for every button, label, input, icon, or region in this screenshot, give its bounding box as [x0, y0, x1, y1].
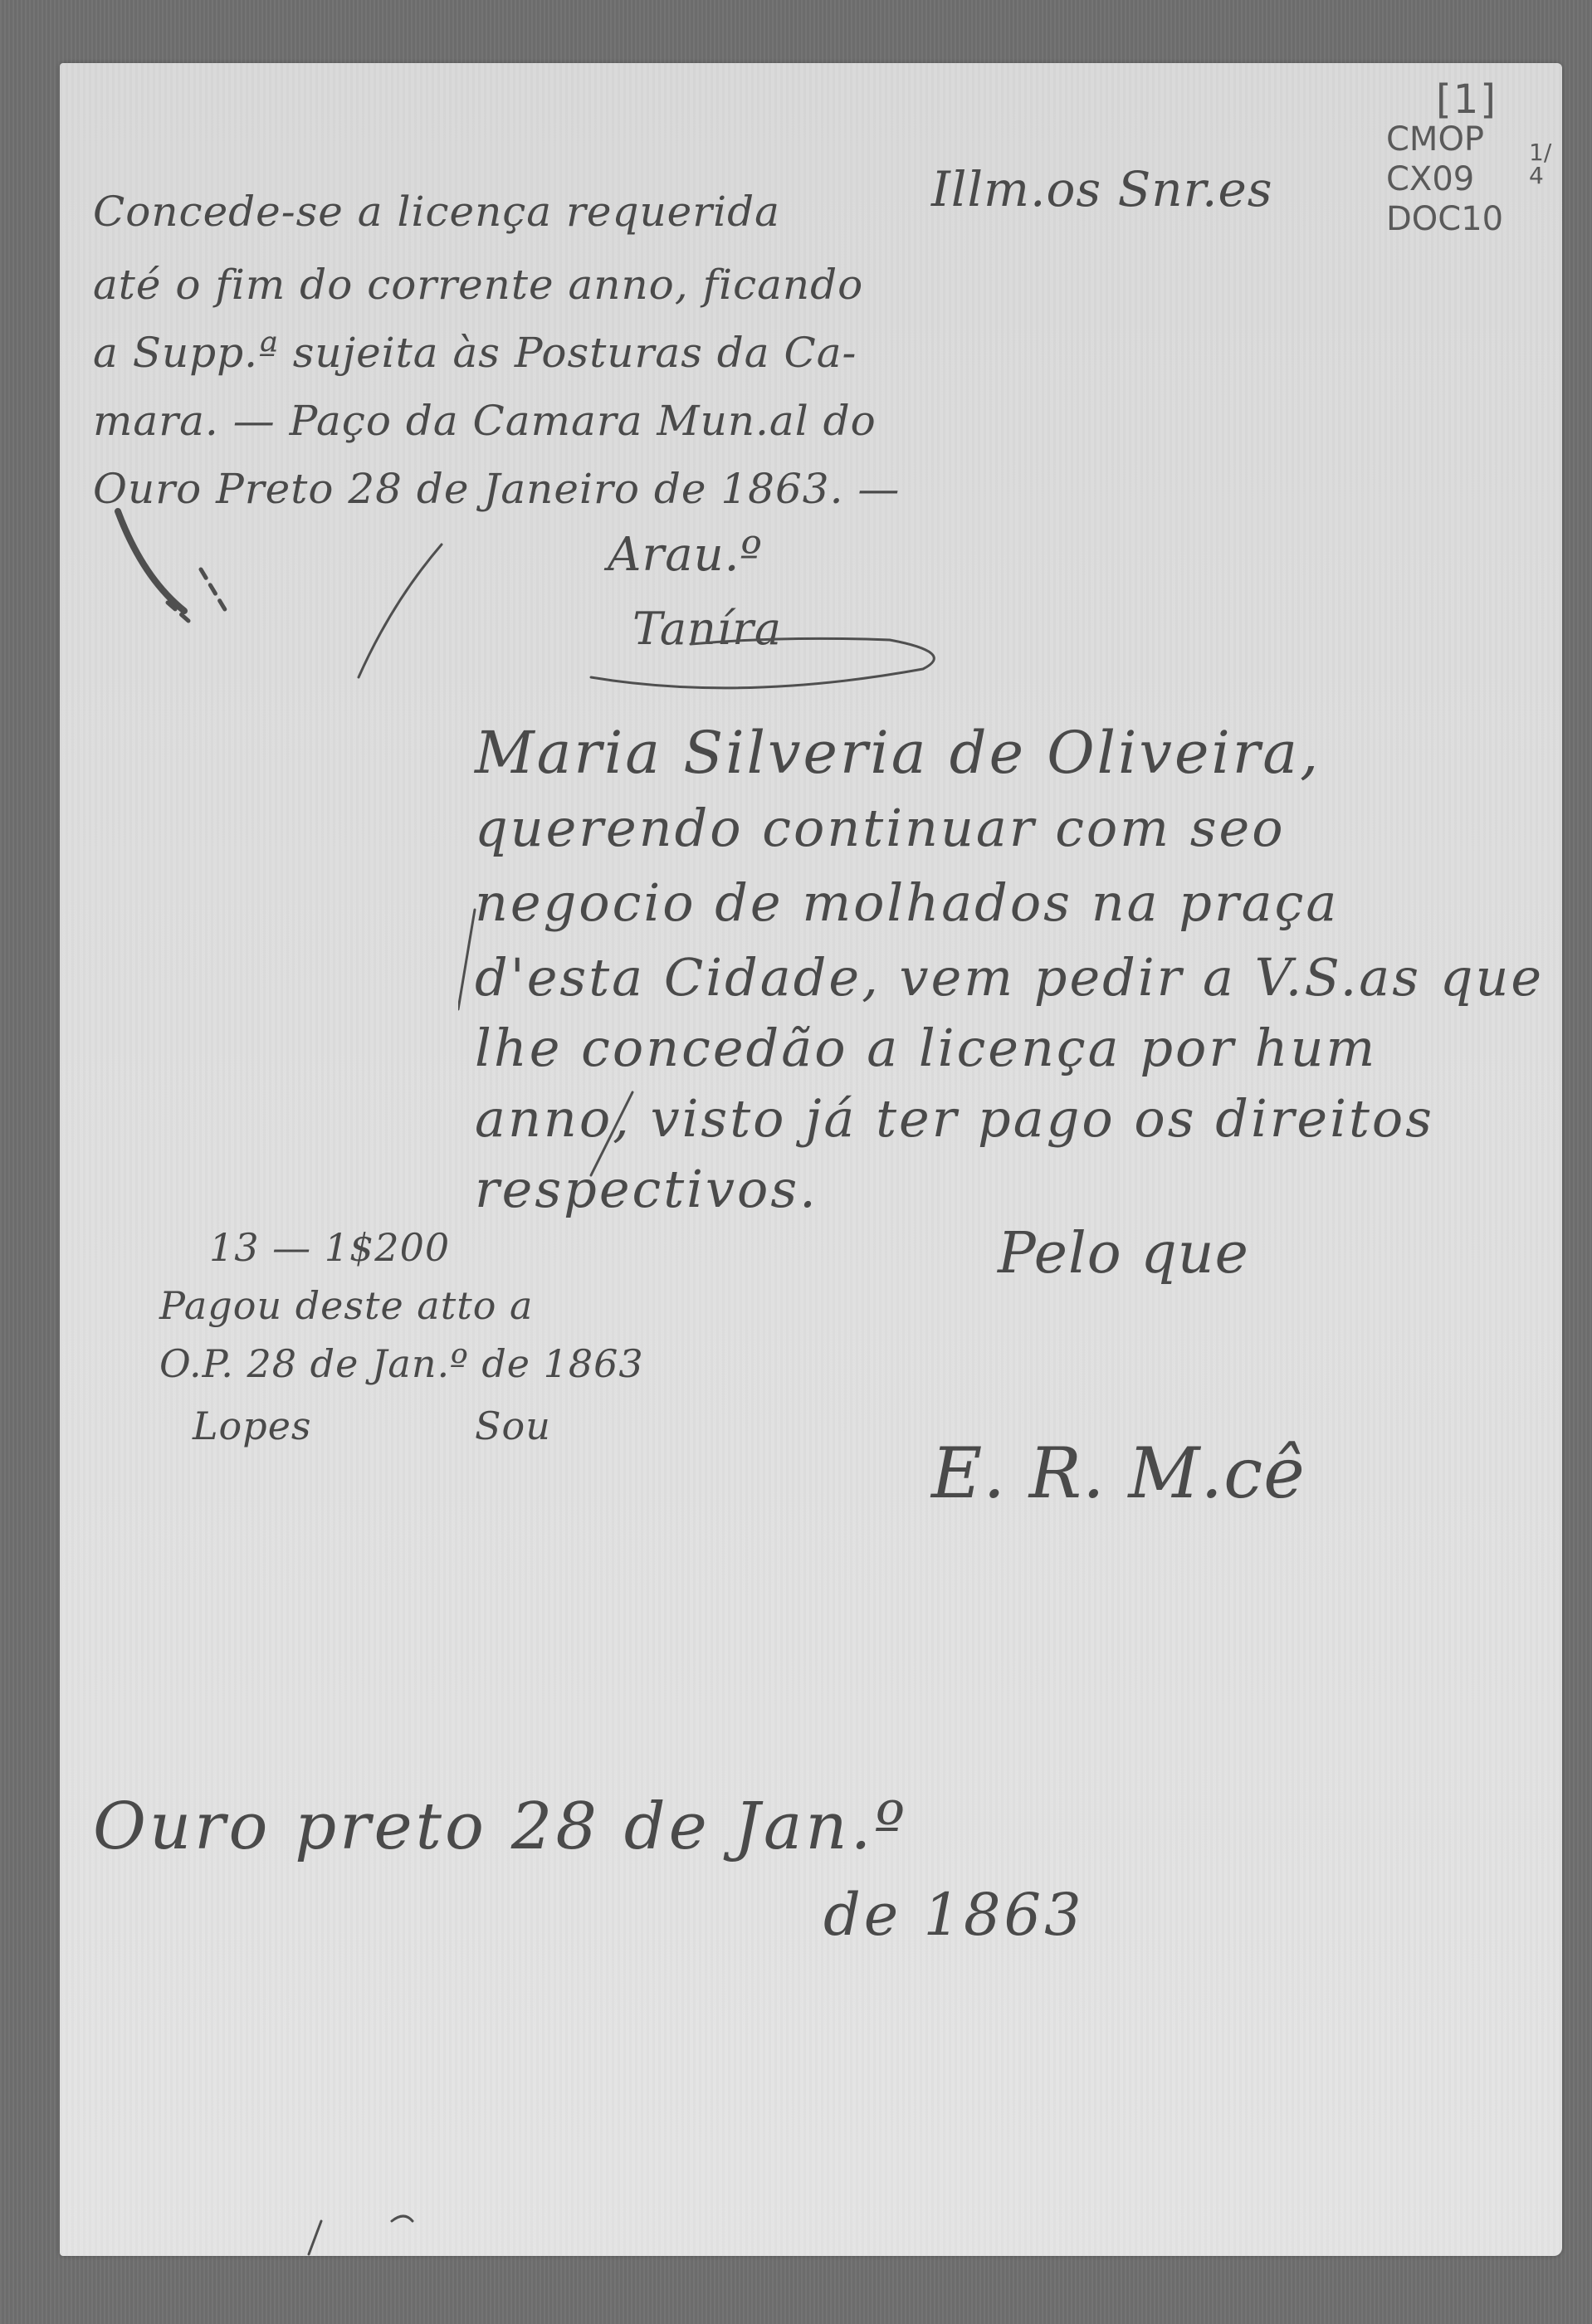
collection-fraction: 1/4 [1529, 141, 1546, 188]
place-date-line-2: de 1863 [823, 1881, 1085, 1949]
archive-label: [1] CMOP CX09 DOC10 [1386, 80, 1503, 239]
payment-line-2: Pagou deste atto a [159, 1283, 533, 1328]
petition-line-2: querendo continuar com seo [475, 798, 1286, 858]
dispatch-line-1: Concede-se a licença requerida [93, 188, 780, 236]
petition-descenders [458, 893, 1454, 1225]
collection-code: CMOP [1386, 120, 1503, 159]
dispatch-flourish [93, 478, 508, 694]
heading-underline-flourish [574, 594, 956, 694]
payment-line-3: O.P. 28 de Jan.º de 1863 [159, 1341, 644, 1386]
place-date-line-1: Ouro preto 28 de Jan.º [93, 1789, 908, 1864]
document-code: DOC10 [1386, 199, 1503, 239]
dispatch-line-2: até o fim do corrente anno, ficando [93, 261, 863, 309]
petition-line-1: Maria Silveria de Oliveira, [475, 719, 1321, 787]
page-number: [1] [1436, 80, 1503, 120]
dispatch-line-4: mara. — Paço da Camara Mun.al do [93, 397, 877, 445]
petition-closing: Pelo que [998, 1221, 1249, 1286]
stray-pen-marks [292, 2204, 541, 2321]
payment-line-4: Lopes [193, 1404, 312, 1448]
payment-line-1: 13 — 1$200 [209, 1225, 450, 1270]
box-code: CX09 [1386, 159, 1503, 199]
payment-line-5: Sou [475, 1404, 551, 1448]
dispatch-line-3: a Supp.ª sujeita às Posturas da Ca- [93, 329, 857, 377]
dispatch-address: Illm.os Snr.es [931, 161, 1273, 217]
document-page: [1] CMOP CX09 DOC10 1/4 Concede-se a lic… [60, 63, 1562, 2256]
dispatch-signature: Arau.º [608, 528, 763, 582]
petition-formula: E. R. M.cê [931, 1433, 1306, 1514]
